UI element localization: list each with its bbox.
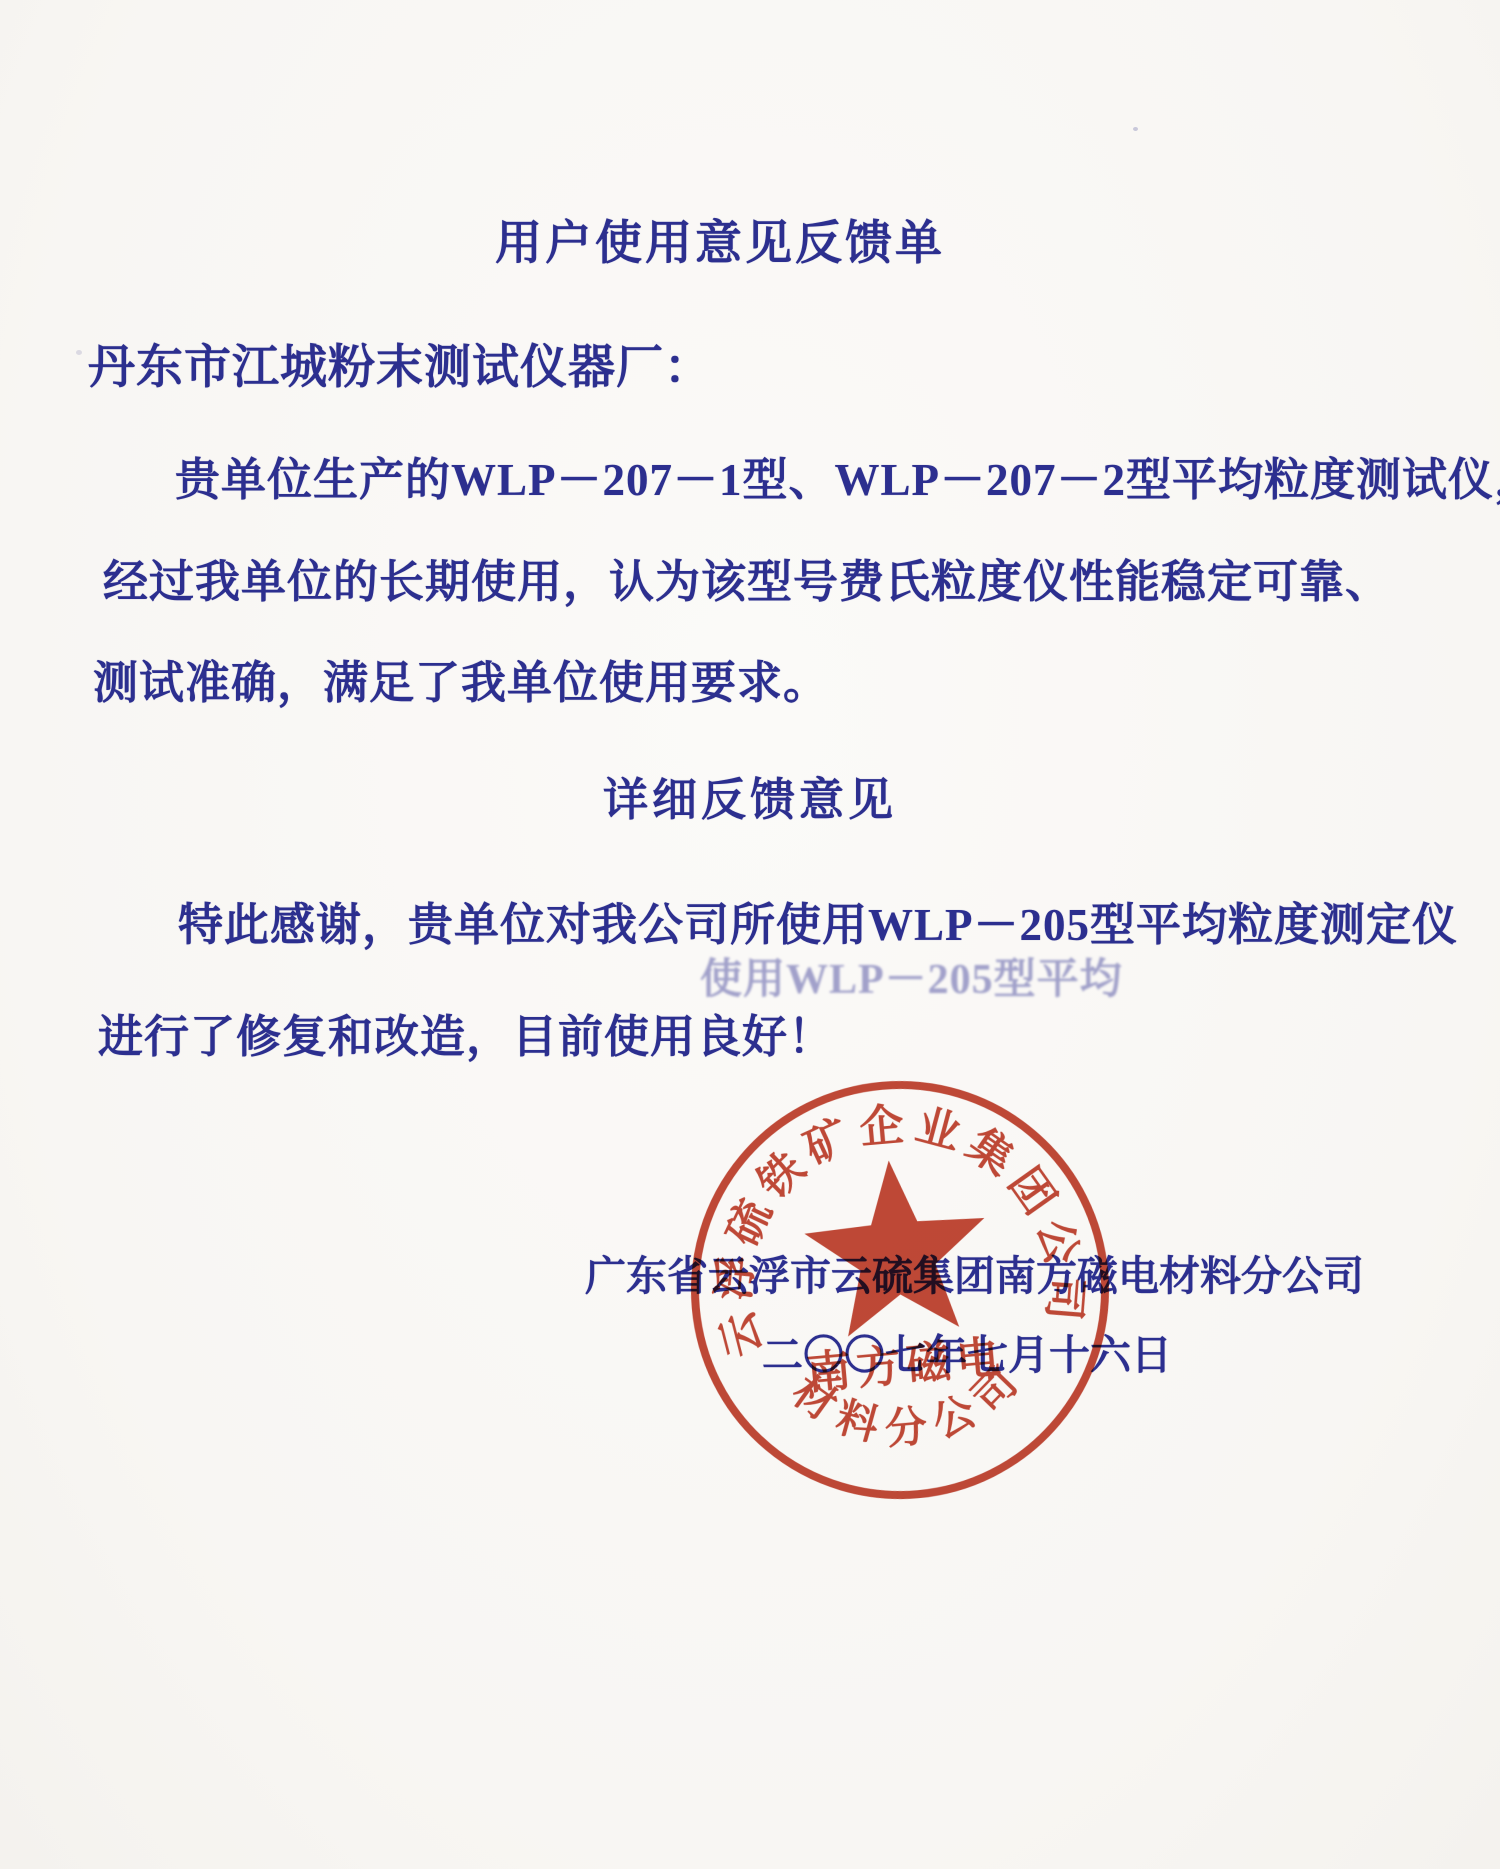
seal-star-icon <box>799 1153 994 1340</box>
paragraph2-line1: 特此感谢，贵单位对我公司所使用WLP－205型平均粒度测定仪 <box>178 888 1458 953</box>
document-title: 用户使用意见反馈单 <box>0 206 1440 273</box>
company-seal-stamp: 云浮硫铁矿企业集团公司 南方磁电 材料分公司 <box>662 1052 1139 1529</box>
ghost-bleed-text: 使用WLP－205型平均 <box>700 946 1123 1006</box>
paragraph2-line2: 进行了修复和改造，目前使用良好！ <box>98 1000 834 1065</box>
scan-speck <box>76 350 82 355</box>
scanned-feedback-form: 用户使用意见反馈单 丹东市江城粉末测试仪器厂： 贵单位生产的WLP－207－1型… <box>0 0 1500 1869</box>
section-heading: 详细反馈意见 <box>0 763 1500 828</box>
paragraph1-line1: 贵单位生产的WLP－207－1型、WLP－207－2型平均粒度测试仪， <box>175 443 1500 508</box>
addressee-line: 丹东市江城粉末测试仪器厂： <box>88 330 712 397</box>
scan-speck <box>1133 127 1138 131</box>
paragraph1-line2: 经过我单位的长期使用，认为该型号费氏粒度仪性能稳定可靠、 <box>103 545 1391 610</box>
paragraph1-line3: 测试准确，满足了我单位使用要求。 <box>93 646 829 711</box>
